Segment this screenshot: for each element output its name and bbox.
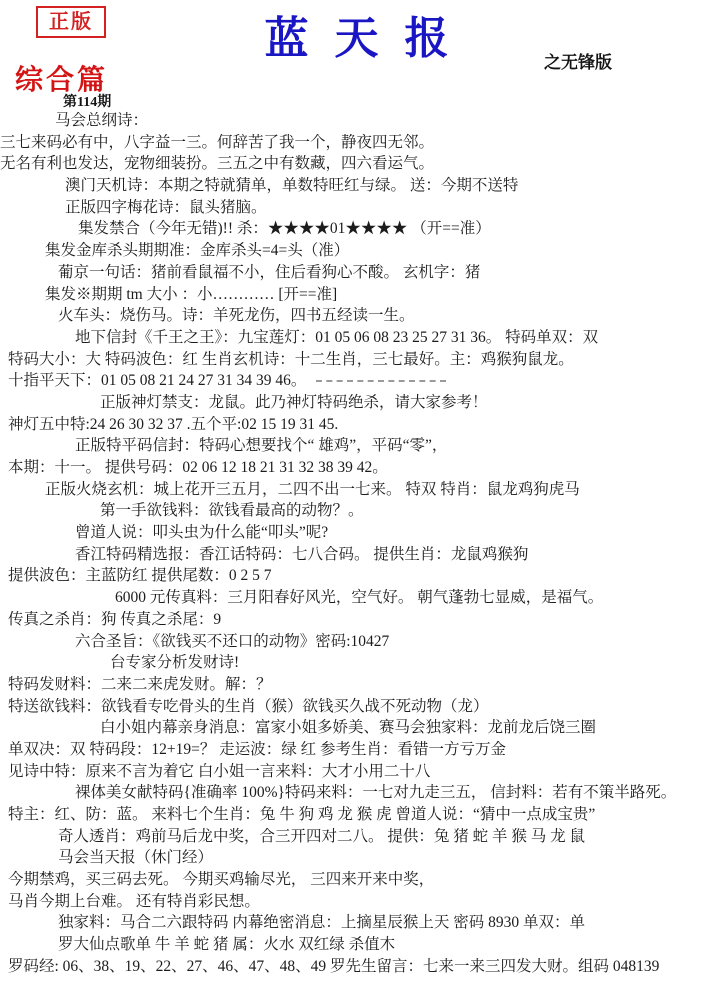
text-line: 白小姐内幕亲身消息：富家小姐多娇美、赛马会独家料：龙前龙后饶三圈 (0, 717, 713, 739)
text-line: 罗码经: 06、38、19、22、27、46、47、48、49 罗先生留言：七来… (0, 956, 713, 978)
text-line: 马肖今期上台难。 还有特肖彩民想。 (0, 891, 713, 913)
text-line: 集发※期期 tm 大小 ：小………… [开==准] (0, 284, 713, 306)
text-line: 单双决：双 特码段：12+19=？ 走运波：绿 红 参考生肖：看错一方亏万金 (0, 739, 713, 761)
text-line: 火车头：烧伤马。诗：羊死龙伤，四书五经读一生。 (0, 305, 713, 327)
text-line: 集发禁合（今年无错)!! 杀：★★★★01★★★★ （开==准） (0, 218, 713, 240)
text-line: 特码发财料：二来二来虎发财。解：？ (0, 674, 713, 696)
text-line: 十指平天下：01 05 08 21 24 27 31 34 39 46。 (0, 370, 713, 392)
text-line: 集发金库杀头期期准：金库杀头=4=头（准） (0, 240, 713, 262)
text-line: 特码大小：大 特码波色：红 生肖玄机诗：十二生肖，三七最好。主：鸡猴狗鼠龙。 (0, 349, 713, 371)
text-line: 地下信封《千王之王》：九宝莲灯：01 05 06 08 23 25 27 31 … (0, 327, 713, 349)
text-line: 独家料：马合二六跟特码 内幕绝密消息：上摘星辰猴上天 密码 8930 单双：单 (0, 912, 713, 934)
text-line: 三七来码必有中，八字益一三。何辞苦了我一个，静夜四无邻。 (0, 132, 713, 154)
text-line: 曾道人说：叩头虫为什么能“叩头”呢? (0, 522, 713, 544)
text-line: 香江特码精选报：香江话特码：七八合码。 提供生肖：龙鼠鸡猴狗 (0, 544, 713, 566)
text-line: 神灯五中特:24 26 30 32 37 .五个平:02 15 19 31 45… (0, 414, 713, 436)
text-line: 罗大仙点歌单 牛 羊 蛇 猪 属：火水 双红绿 杀值木 (0, 934, 713, 956)
edition-label: 之无锋版 (544, 48, 612, 73)
text-line: 特主：红、防：蓝。 来料七个生肖：兔 牛 狗 鸡 龙 猴 虎 曾道人说：“猜中一… (0, 804, 713, 826)
text-line: 正版特平码信封：特码心想要找个“ 雄鸡”，平码“零”， (0, 435, 713, 457)
content-lines: 马会总纲诗：三七来码必有中，八字益一三。何辞苦了我一个，静夜四无邻。无名有利也发… (0, 110, 713, 978)
text-line: 葡京一句话：猪前看鼠福不小，住后看狗心不酸。 玄机字：猪 (0, 262, 713, 284)
text-line: 奇人透肖：鸡前马后龙中奖，合三开四对二八。 提供：兔 猪 蛇 羊 猴 马 龙 鼠 (0, 826, 713, 848)
text-line: 6000 元传真料：三月阳春好风光，空气好。 朝气蓬勃七显威，是福气。 (0, 587, 713, 609)
text-line: 第一手欲钱料：欲钱看最高的动物？。 (0, 500, 713, 522)
text-line: 澳门天机诗：本期之特就猜单，单数特旺红与绿。 送：今期不送特 (0, 175, 713, 197)
text-line: 马会总纲诗： (0, 110, 713, 132)
text-line: 台专家分析发财诗! (0, 652, 713, 674)
text-line: 无名有利也发达，宠物细装扮。三五之中有数藏，四六看运气。 (0, 153, 713, 175)
text-line: 今期禁鸡，买三码去死。 今期买鸡输尽光， 三四来开来中奖， (0, 869, 713, 891)
text-line: 正版神灯禁支：龙鼠。此乃神灯特码绝杀，请大家参考！ (0, 392, 713, 414)
text-line: 六合圣旨：《欲钱买不还口的动物》密码:10427 (0, 631, 713, 653)
text-line: 提供波色：主蓝防红 提供尾数：0 2 5 7 (0, 565, 713, 587)
text-line: 马会当天报（休门经） (0, 847, 713, 869)
text-line: 正版火烧玄机：城上花开三五月，二四不出一七来。 特双 特肖：鼠龙鸡狗虎马 (0, 479, 713, 501)
issue-number: 第114期 (63, 91, 111, 111)
text-line: 正版四字梅花诗：鼠头猪脑。 (0, 197, 713, 219)
scan-artifact-dashes (316, 380, 446, 383)
text-line: 见诗中特：原来不言为着它 白小姐一言来料：大才小用二十八 (0, 761, 713, 783)
text-line: 传真之杀肖：狗 传真之杀尾：9 (0, 609, 713, 631)
text-line: 本期：十一。 提供号码：02 06 12 18 21 31 32 38 39 4… (0, 457, 713, 479)
text-line: 裸体美女献特码{准确率 100%}特码来料：一七对九走三五， 信封料：若有不策半… (0, 782, 713, 804)
newspaper-page: 正版 蓝天报 之无锋版 综合篇 第114期 马会总纲诗：三七来码必有中，八字益一… (0, 0, 713, 987)
text-line: 特送欲钱料：欲钱看专吃骨头的生肖（猴）欲钱买久战不死动物（龙） (0, 696, 713, 718)
